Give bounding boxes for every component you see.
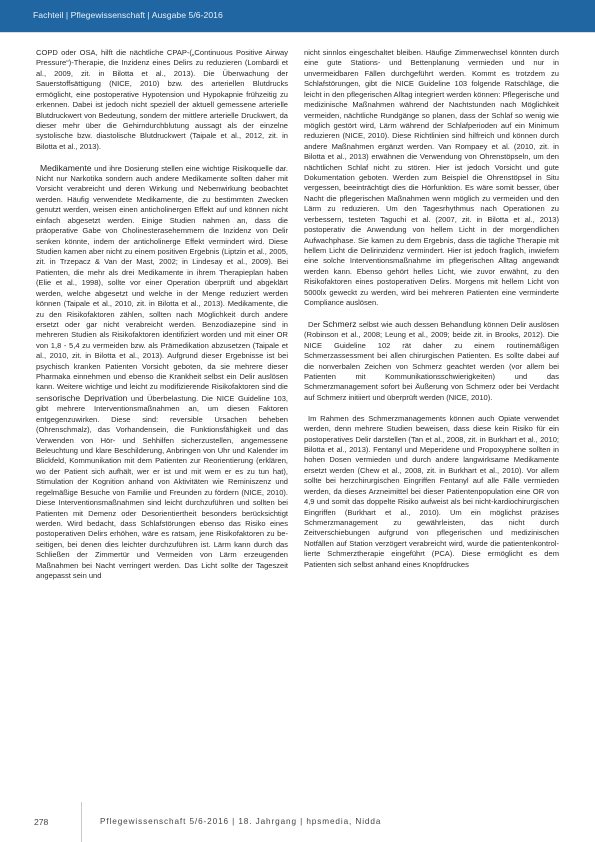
journal-header-bar: Fachteil | Pflegewissenschaft | Ausgabe … (0, 0, 595, 33)
page-footer: 278 Pflegewissenschaft 5/6-2016 | 18. Ja… (0, 800, 595, 842)
keyword-ueberbelastung: Überbelastung (147, 394, 196, 403)
keyword-sensorische-deprivation: sorische Deprivation (48, 393, 127, 403)
footer-publication-info: Pflegewissenschaft 5/6-2016 | 18. Jahrga… (100, 817, 381, 826)
paragraph-schmerz-body: selbst wie auch dessen Behandlung können… (304, 320, 559, 402)
paragraph-connector: und (127, 394, 147, 403)
paragraph-schmerz-lead: Der (308, 320, 323, 329)
paragraph-cpap: COPD oder OSA, hilft die nächtliche CPAP… (36, 48, 288, 152)
paragraph-schmerzmanagement: Im Rahmen des Schmerzmanagements können … (304, 414, 559, 570)
paragraph-medikamente-body: und ihre Dosierung stellen eine wichtige… (36, 164, 288, 403)
paragraph-schlaf: nicht sinnlos eingeschaltet bleiben. Häu… (304, 48, 559, 309)
footer-divider (81, 802, 82, 842)
right-text-column: nicht sinnlos eingeschaltet bleiben. Häu… (304, 48, 559, 570)
paragraph-medikamente: Medikamente und ihre Dosierung stellen e… (36, 163, 288, 582)
paragraph-medikamente-tail: . Die NICE Gui­deline 103, gibt mehrere … (36, 394, 288, 580)
paragraph-schmerz: Der Schmerz selbst wie auch dessen Behan… (304, 319, 559, 403)
keyword-medikamente: Medikamente (40, 163, 92, 173)
keyword-schmerz: Schmerz (323, 319, 357, 329)
left-text-column: COPD oder OSA, hilft die nächtliche CPAP… (36, 48, 288, 581)
page-number: 278 (34, 817, 48, 827)
running-header-title: Fachteil | Pflegewissenschaft | Ausgabe … (33, 10, 223, 20)
